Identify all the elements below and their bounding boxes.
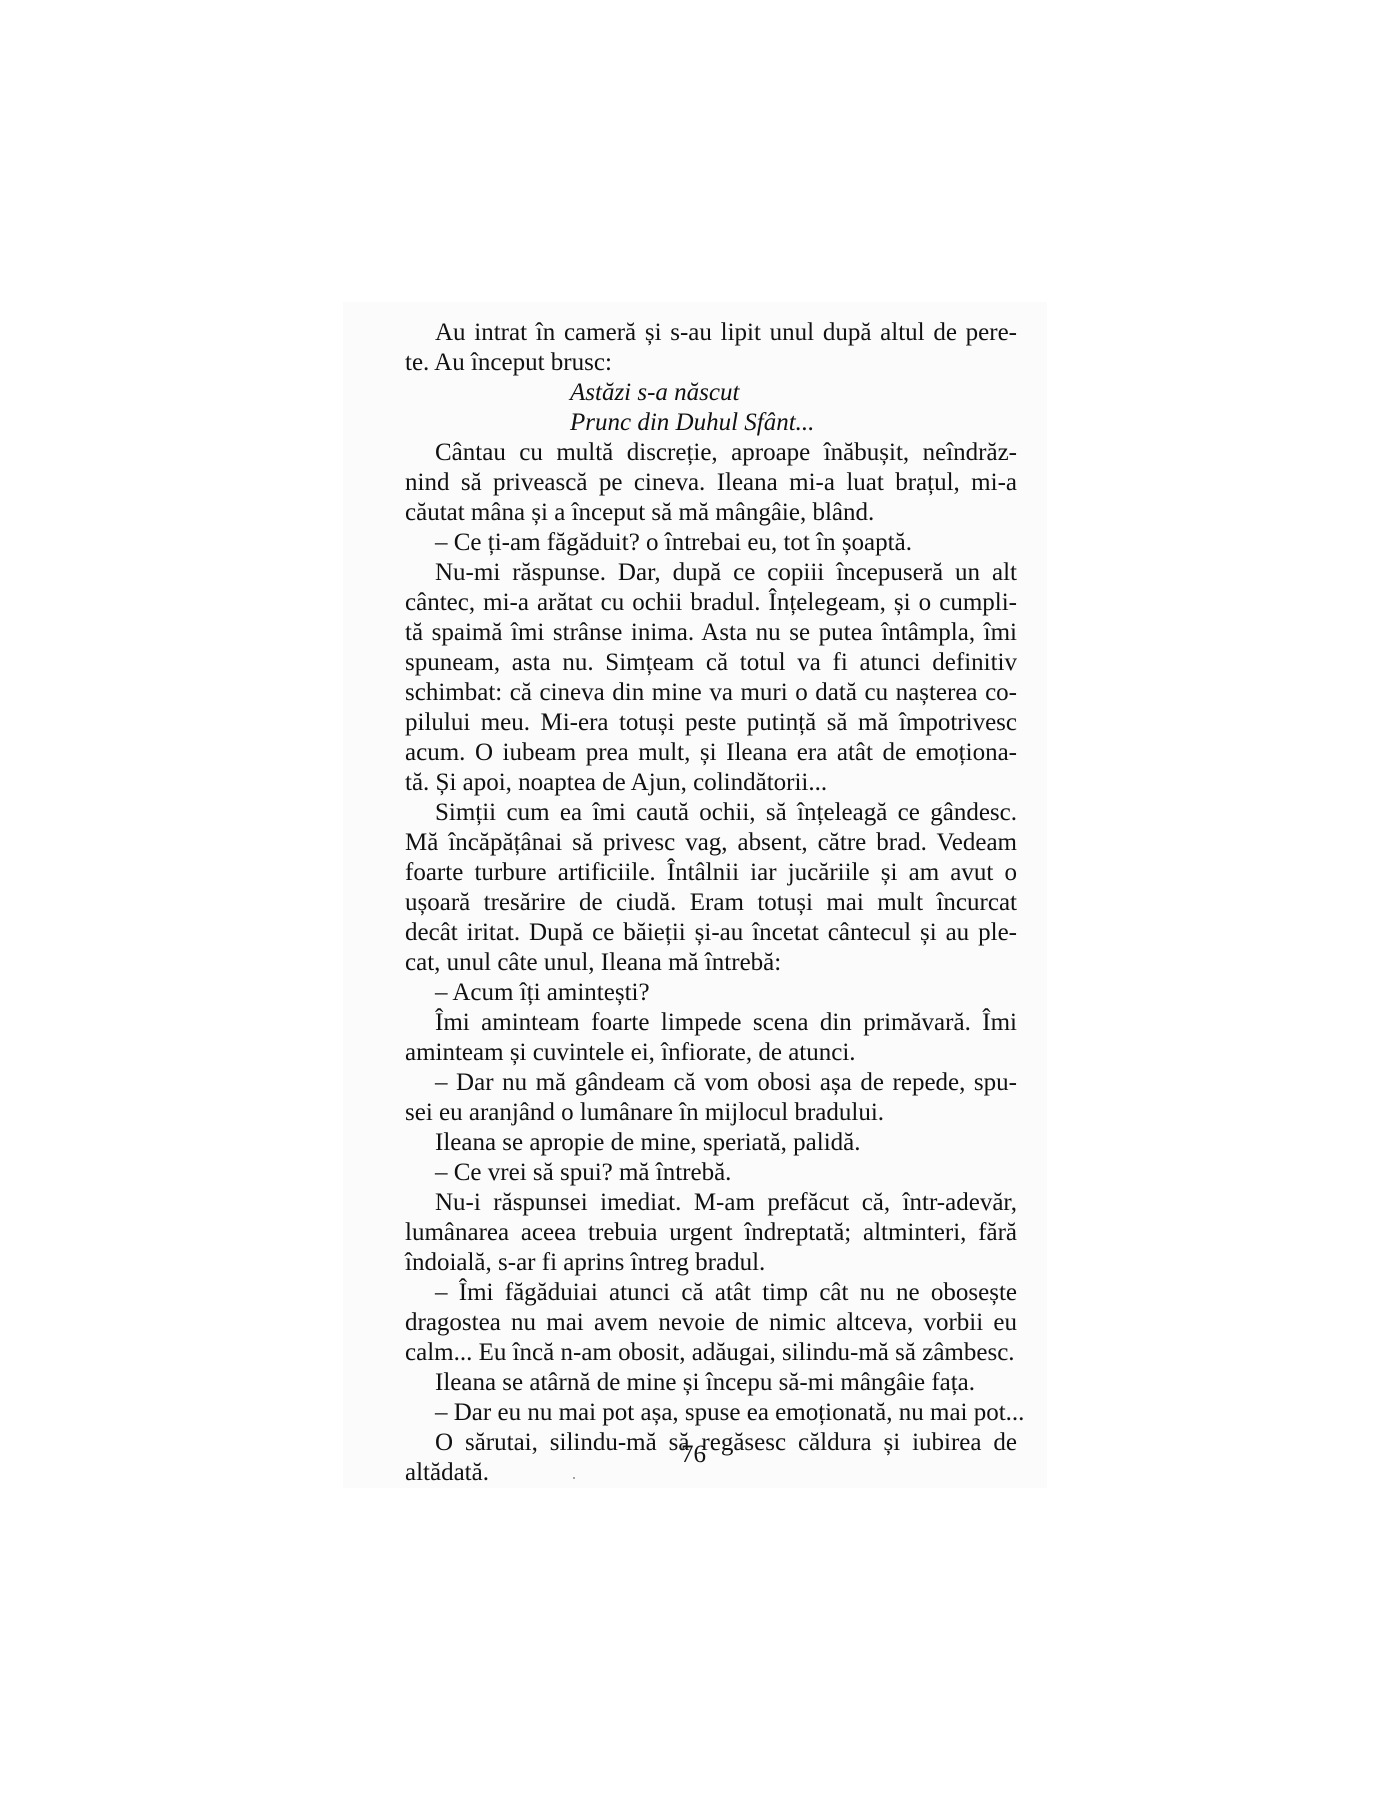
page-number-label: 76	[681, 1441, 706, 1468]
text-line: – Acum îți amintești?	[405, 978, 1017, 1008]
dialogue-paragraph: – Ce vrei să spui? mă întrebă.	[405, 1158, 1017, 1188]
verse-quote: Astăzi s-a născutPrunc din Duhul Sfânt..…	[405, 378, 1017, 438]
paragraph: Ileana se atârnă de mine și începu să-mi…	[405, 1368, 1017, 1398]
paragraph: Simții cum ea îmi caută ochii, să înțele…	[405, 798, 1017, 978]
text-line: Mă încăpățânai să privesc vag, absent, c…	[405, 828, 1017, 858]
dialogue-paragraph: – Ce ți-am făgăduit? o întrebai eu, tot …	[405, 528, 1017, 558]
page-number: 76	[0, 1440, 1391, 1470]
text-line: îndoială, s-ar fi aprins întreg bradul.	[405, 1248, 1017, 1278]
text-line: – Ce ți-am făgăduit? o întrebai eu, tot …	[405, 528, 1017, 558]
text-line: lumânarea aceea trebuia urgent îndreptat…	[405, 1218, 1017, 1248]
paragraph: Au intrat în cameră și s-au lipit unul d…	[405, 318, 1017, 378]
text-line: Nu-mi răspunse. Dar, după ce copiii înce…	[405, 558, 1017, 588]
text-line: tă spaimă îmi strânse inima. Asta nu se …	[405, 618, 1017, 648]
text-line: calm... Eu încă n-am obosit, adăugai, si…	[405, 1338, 1017, 1368]
text-line: cat, unul câte unul, Ileana mă întrebă:	[405, 948, 1017, 978]
text-line: Simții cum ea îmi caută ochii, să înțele…	[405, 798, 1017, 828]
text-line: Ileana se apropie de mine, speriată, pal…	[405, 1128, 1017, 1158]
text-line: Astăzi s-a născut	[405, 378, 1017, 408]
text-line: Ileana se atârnă de mine și începu să-mi…	[405, 1368, 1017, 1398]
dialogue-paragraph: – Îmi făgăduiai atunci că atât timp cât …	[405, 1278, 1017, 1368]
text-line: aminteam și cuvintele ei, înfiorate, de …	[405, 1038, 1017, 1068]
text-line: dragostea nu mai avem nevoie de nimic al…	[405, 1308, 1017, 1338]
text-line: acum. O iubeam prea mult, și Ileana era …	[405, 738, 1017, 768]
text-line: te. Au început brusc:	[405, 348, 1017, 378]
paragraph: Ileana se apropie de mine, speriată, pal…	[405, 1128, 1017, 1158]
text-line: – Îmi făgăduiai atunci că atât timp cât …	[405, 1278, 1017, 1308]
text-line: nind să privească pe cineva. Ileana mi-a…	[405, 468, 1017, 498]
text-line: – Ce vrei să spui? mă întrebă.	[405, 1158, 1017, 1188]
paragraph: Cântau cu multă discreție, aproape înăbu…	[405, 438, 1017, 528]
scan-speck	[573, 1477, 575, 1479]
dialogue-paragraph: – Acum îți amintești?	[405, 978, 1017, 1008]
text-line: Prunc din Duhul Sfânt...	[405, 408, 1017, 438]
text-line: decât iritat. După ce băieții și-au înce…	[405, 918, 1017, 948]
text-line: Cântau cu multă discreție, aproape înăbu…	[405, 438, 1017, 468]
text-line: foarte turbure artificiile. Întâlnii iar…	[405, 858, 1017, 888]
text-line: Îmi aminteam foarte limpede scena din pr…	[405, 1008, 1017, 1038]
text-line: ușoară tresărire de ciudă. Eram totuși m…	[405, 888, 1017, 918]
text-line: cântec, mi-a arătat cu ochii bradul. Înț…	[405, 588, 1017, 618]
paragraph: Îmi aminteam foarte limpede scena din pr…	[405, 1008, 1017, 1068]
text-line: pilului meu. Mi-era totuși peste putință…	[405, 708, 1017, 738]
text-line: schimbat: că cineva din mine va muri o d…	[405, 678, 1017, 708]
dialogue-paragraph: – Dar nu mă gândeam că vom obosi așa de …	[405, 1068, 1017, 1128]
text-line: spuneam, asta nu. Simțeam că totul va fi…	[405, 648, 1017, 678]
page-body-text: Au intrat în cameră și s-au lipit unul d…	[405, 318, 1017, 1488]
text-line: Nu-i răspunsei imediat. M-am prefăcut că…	[405, 1188, 1017, 1218]
text-line: sei eu aranjând o lumânare în mijlocul b…	[405, 1098, 1017, 1128]
paragraph: Nu-i răspunsei imediat. M-am prefăcut că…	[405, 1188, 1017, 1278]
paragraph: Nu-mi răspunse. Dar, după ce copiii înce…	[405, 558, 1017, 798]
text-line: – Dar eu nu mai pot așa, spuse ea emoțio…	[405, 1398, 1017, 1428]
text-line: – Dar nu mă gândeam că vom obosi așa de …	[405, 1068, 1017, 1098]
text-line: Au intrat în cameră și s-au lipit unul d…	[405, 318, 1017, 348]
text-line: căutat mâna și a început să mă mângâie, …	[405, 498, 1017, 528]
dialogue-paragraph: – Dar eu nu mai pot așa, spuse ea emoțio…	[405, 1398, 1017, 1428]
text-line: tă. Și apoi, noaptea de Ajun, colindător…	[405, 768, 1017, 798]
